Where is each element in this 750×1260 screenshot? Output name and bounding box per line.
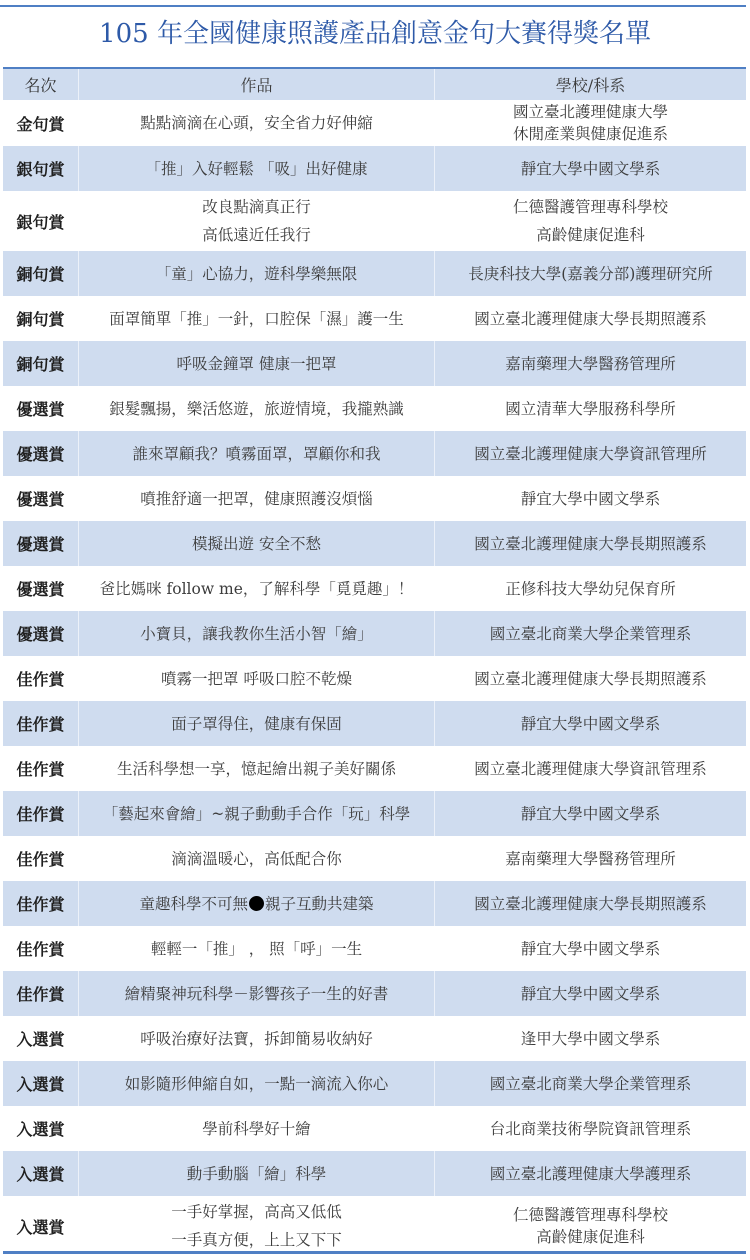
work-cell: 誰來罩顧我？噴霧面罩，罩顧你和我 bbox=[78, 431, 434, 476]
school-line: 靜宜大學中國文學系 bbox=[521, 713, 661, 735]
header-school: 學校/科系 bbox=[434, 69, 746, 100]
rank-cell: 佳作賞 bbox=[3, 971, 78, 1016]
school-cell: 靜宜大學中國文學系 bbox=[434, 146, 746, 191]
work-line: 模擬出遊 安全不愁 bbox=[192, 533, 321, 555]
work-cell: 噴霧一把罩 呼吸口腔不乾燥 bbox=[78, 656, 434, 701]
header-rank: 名次 bbox=[3, 69, 78, 100]
table-row: 銀句賞 「推」入好輕鬆 「吸」出好健康 靜宜大學中國文學系 bbox=[3, 146, 746, 191]
school-line: 國立臺北護理健康大學 bbox=[513, 101, 668, 123]
school-line: 正修科技大學幼兒保育所 bbox=[505, 578, 676, 600]
school-cell: 靜宜大學中國文學系 bbox=[434, 971, 746, 1016]
rank-cell: 入選賞 bbox=[3, 1106, 78, 1151]
awards-table: 名次 作品 學校/科系 金句賞 點點滴滴在心頭，安全省力好伸縮 國立臺北護理健康… bbox=[3, 67, 746, 1256]
school-cell: 靜宜大學中國文學系 bbox=[434, 701, 746, 746]
school-line: 國立臺北護理健康大學長期照護系 bbox=[474, 308, 707, 330]
work-line: 「藝起來會繪」~親子動動手合作「玩」科學 bbox=[103, 803, 411, 825]
table-row: 佳作賞 「藝起來會繪」~親子動動手合作「玩」科學 靜宜大學中國文學系 bbox=[3, 791, 746, 836]
bottom-rule bbox=[3, 1251, 746, 1254]
work-cell: 「童」心協力，遊科學樂無限 bbox=[78, 251, 434, 296]
work-cell: 如影隨形伸縮自如，一點一滴流入你心 bbox=[78, 1061, 434, 1106]
rank-cell: 入選賞 bbox=[3, 1061, 78, 1106]
work-cell: 面子罩得住，健康有保固 bbox=[78, 701, 434, 746]
work-line: 噴推舒適一把罩，健康照護沒煩惱 bbox=[140, 488, 373, 510]
table-row: 優選賞 噴推舒適一把罩，健康照護沒煩惱 靜宜大學中國文學系 bbox=[3, 476, 746, 521]
work-cell: 繪精聚神玩科學－影響孩子一生的好書 bbox=[78, 971, 434, 1016]
table-row: 優選賞 誰來罩顧我？噴霧面罩，罩顧你和我 國立臺北護理健康大學資訊管理所 bbox=[3, 431, 746, 476]
table-row: 優選賞 模擬出遊 安全不愁 國立臺北護理健康大學長期照護系 bbox=[3, 521, 746, 566]
rank-cell: 優選賞 bbox=[3, 476, 78, 521]
school-line: 國立臺北商業大學企業管理系 bbox=[490, 1073, 692, 1095]
school-line: 逢甲大學中國文學系 bbox=[521, 1028, 661, 1050]
table-row: 入選賞 一手好掌握，高高又低低一手真方便，上上又下下 仁德醫護管理專科學校高齡健… bbox=[3, 1196, 746, 1256]
rank-cell: 入選賞 bbox=[3, 1196, 78, 1256]
work-line: 高低遠近任我行 bbox=[202, 221, 311, 249]
rank-cell: 銅句賞 bbox=[3, 341, 78, 386]
school-cell: 國立臺北商業大學企業管理系 bbox=[434, 1061, 746, 1106]
table-row: 佳作賞 滴滴溫暖心，高低配合你 嘉南藥理大學醫務管理所 bbox=[3, 836, 746, 881]
work-cell: 呼吸金鐘罩 健康一把罩 bbox=[78, 341, 434, 386]
table-row: 銅句賞 呼吸金鐘罩 健康一把罩 嘉南藥理大學醫務管理所 bbox=[3, 341, 746, 386]
rank-cell: 優選賞 bbox=[3, 611, 78, 656]
rank-cell: 佳作賞 bbox=[3, 701, 78, 746]
work-line: 動手動腦「繪」科學 bbox=[187, 1163, 327, 1185]
table-row: 佳作賞 面子罩得住，健康有保固 靜宜大學中國文學系 bbox=[3, 701, 746, 746]
work-line: 輕輕一「推」 ， 照「呼」一生 bbox=[151, 938, 362, 960]
work-text-pre: 童趣科學不可無 bbox=[139, 895, 248, 913]
rank-cell: 優選賞 bbox=[3, 431, 78, 476]
school-line: 嘉南藥理大學醫務管理所 bbox=[505, 353, 676, 375]
work-line: 小寶貝，讓我教你生活小智「繪」 bbox=[140, 623, 373, 645]
page-title: 105 年全國健康照護產品創意金句大賽得獎名單 bbox=[0, 14, 750, 54]
work-line: 呼吸治療好法寶，拆卸簡易收納好 bbox=[140, 1028, 373, 1050]
school-line: 仁德醫護管理專科學校 bbox=[513, 1204, 668, 1226]
rank-cell: 銀句賞 bbox=[3, 146, 78, 191]
header-work: 作品 bbox=[78, 69, 434, 100]
school-cell: 國立臺北護理健康大學護理系 bbox=[434, 1151, 746, 1196]
school-line: 靜宜大學中國文學系 bbox=[521, 158, 661, 180]
work-cell: 爸比媽咪 follow me，了解科學「覓覓趣」！ bbox=[78, 566, 434, 611]
school-cell: 國立臺北護理健康大學長期照護系 bbox=[434, 296, 746, 341]
school-line: 靜宜大學中國文學系 bbox=[521, 938, 661, 960]
work-text-post: 親子互動共建築 bbox=[265, 895, 374, 913]
school-cell: 嘉南藥理大學醫務管理所 bbox=[434, 341, 746, 386]
black-circle-icon bbox=[249, 896, 264, 911]
rank-cell: 佳作賞 bbox=[3, 656, 78, 701]
school-line: 仁德醫護管理專科學校 bbox=[513, 193, 668, 221]
school-cell: 靜宜大學中國文學系 bbox=[434, 791, 746, 836]
school-cell: 國立臺北護理健康大學資訊管理系 bbox=[434, 746, 746, 791]
school-line: 休閒產業與健康促進系 bbox=[513, 123, 668, 145]
school-line: 國立臺北護理健康大學護理系 bbox=[490, 1163, 692, 1185]
table-row: 佳作賞 輕輕一「推」 ， 照「呼」一生 靜宜大學中國文學系 bbox=[3, 926, 746, 971]
school-line: 國立臺北護理健康大學長期照護系 bbox=[474, 893, 707, 915]
work-cell: 面罩簡單「推」一針，口腔保「濕」護一生 bbox=[78, 296, 434, 341]
work-line: 面罩簡單「推」一針，口腔保「濕」護一生 bbox=[109, 308, 404, 330]
school-line: 靜宜大學中國文學系 bbox=[521, 803, 661, 825]
school-cell: 正修科技大學幼兒保育所 bbox=[434, 566, 746, 611]
table-row: 優選賞 爸比媽咪 follow me，了解科學「覓覓趣」！ 正修科技大學幼兒保育… bbox=[3, 566, 746, 611]
table-header: 名次 作品 學校/科系 bbox=[3, 69, 746, 100]
school-cell: 國立臺北護理健康大學資訊管理所 bbox=[434, 431, 746, 476]
table-row: 銀句賞 改良點滴真正行高低遠近任我行 仁德醫護管理專科學校高齡健康促進科 bbox=[3, 191, 746, 251]
work-cell: 呼吸治療好法寶，拆卸簡易收納好 bbox=[78, 1016, 434, 1061]
work-cell: 輕輕一「推」 ， 照「呼」一生 bbox=[78, 926, 434, 971]
work-line: 童趣科學不可無親子互動共建築 bbox=[139, 893, 373, 915]
work-line: 繪精聚神玩科學－影響孩子一生的好書 bbox=[125, 983, 389, 1005]
rank-cell: 佳作賞 bbox=[3, 791, 78, 836]
school-cell: 逢甲大學中國文學系 bbox=[434, 1016, 746, 1061]
table-row: 入選賞 呼吸治療好法寶，拆卸簡易收納好 逢甲大學中國文學系 bbox=[3, 1016, 746, 1061]
rank-cell: 佳作賞 bbox=[3, 926, 78, 971]
work-line: 滴滴溫暖心，高低配合你 bbox=[171, 848, 342, 870]
school-cell: 國立臺北護理健康大學長期照護系 bbox=[434, 656, 746, 701]
work-line: 學前科學好十繪 bbox=[202, 1118, 311, 1140]
table-row: 優選賞 小寶貝，讓我教你生活小智「繪」 國立臺北商業大學企業管理系 bbox=[3, 611, 746, 656]
work-cell: 銀髮飄揚，樂活悠遊，旅遊情境，我攏熟識 bbox=[78, 386, 434, 431]
rank-cell: 佳作賞 bbox=[3, 836, 78, 881]
school-cell: 國立臺北商業大學企業管理系 bbox=[434, 611, 746, 656]
work-line: 「童」心協力，遊科學樂無限 bbox=[156, 263, 358, 285]
school-line: 國立臺北商業大學企業管理系 bbox=[490, 623, 692, 645]
school-line: 台北商業技術學院資訊管理系 bbox=[490, 1118, 692, 1140]
school-line: 靜宜大學中國文學系 bbox=[521, 983, 661, 1005]
school-line: 長庚科技大學(嘉義分部)護理研究所 bbox=[468, 263, 713, 285]
rank-cell: 銀句賞 bbox=[3, 191, 78, 251]
school-line: 高齡健康促進科 bbox=[536, 1226, 645, 1248]
school-cell: 仁德醫護管理專科學校高齡健康促進科 bbox=[434, 1196, 746, 1256]
table-row: 佳作賞 噴霧一把罩 呼吸口腔不乾燥 國立臺北護理健康大學長期照護系 bbox=[3, 656, 746, 701]
rank-cell: 優選賞 bbox=[3, 386, 78, 431]
school-line: 國立臺北護理健康大學長期照護系 bbox=[474, 533, 707, 555]
work-line: 誰來罩顧我？噴霧面罩，罩顧你和我 bbox=[132, 443, 380, 465]
work-cell: 小寶貝，讓我教你生活小智「繪」 bbox=[78, 611, 434, 656]
rank-cell: 銅句賞 bbox=[3, 251, 78, 296]
work-line: 一手好掌握，高高又低低 bbox=[171, 1198, 342, 1226]
school-line: 高齡健康促進科 bbox=[536, 221, 645, 249]
school-cell: 國立臺北護理健康大學長期照護系 bbox=[434, 521, 746, 566]
table-row: 銅句賞 「童」心協力，遊科學樂無限 長庚科技大學(嘉義分部)護理研究所 bbox=[3, 251, 746, 296]
school-line: 國立臺北護理健康大學資訊管理系 bbox=[474, 758, 707, 780]
work-cell: 學前科學好十繪 bbox=[78, 1106, 434, 1151]
work-line: 噴霧一把罩 呼吸口腔不乾燥 bbox=[161, 668, 352, 690]
work-cell: 動手動腦「繪」科學 bbox=[78, 1151, 434, 1196]
work-line: 生活科學想一享，憶起繪出親子美好關係 bbox=[117, 758, 396, 780]
rank-cell: 入選賞 bbox=[3, 1151, 78, 1196]
work-line: 改良點滴真正行 bbox=[202, 193, 311, 221]
school-line: 嘉南藥理大學醫務管理所 bbox=[505, 848, 676, 870]
school-cell: 國立清華大學服務科學所 bbox=[434, 386, 746, 431]
work-line: 呼吸金鐘罩 健康一把罩 bbox=[177, 353, 337, 375]
work-cell: 改良點滴真正行高低遠近任我行 bbox=[78, 191, 434, 251]
table-row: 入選賞 動手動腦「繪」科學 國立臺北護理健康大學護理系 bbox=[3, 1151, 746, 1196]
rank-cell: 佳作賞 bbox=[3, 881, 78, 926]
work-line: 如影隨形伸縮自如，一點一滴流入你心 bbox=[125, 1073, 389, 1095]
school-cell: 靜宜大學中國文學系 bbox=[434, 476, 746, 521]
work-cell: 童趣科學不可無親子互動共建築 bbox=[78, 881, 434, 926]
school-cell: 嘉南藥理大學醫務管理所 bbox=[434, 836, 746, 881]
school-line: 國立清華大學服務科學所 bbox=[505, 398, 676, 420]
school-cell: 仁德醫護管理專科學校高齡健康促進科 bbox=[434, 191, 746, 251]
rank-cell: 優選賞 bbox=[3, 566, 78, 611]
work-line: 銀髮飄揚，樂活悠遊，旅遊情境，我攏熟識 bbox=[109, 398, 404, 420]
work-line: 面子罩得住，健康有保固 bbox=[171, 713, 342, 735]
rank-cell: 佳作賞 bbox=[3, 746, 78, 791]
table-row: 銅句賞 面罩簡單「推」一針，口腔保「濕」護一生 國立臺北護理健康大學長期照護系 bbox=[3, 296, 746, 341]
table-row: 佳作賞 繪精聚神玩科學－影響孩子一生的好書 靜宜大學中國文學系 bbox=[3, 971, 746, 1016]
work-line: 爸比媽咪 follow me，了解科學「覓覓趣」！ bbox=[100, 578, 414, 600]
school-cell: 台北商業技術學院資訊管理系 bbox=[434, 1106, 746, 1151]
work-cell: 「推」入好輕鬆 「吸」出好健康 bbox=[78, 146, 434, 191]
work-cell: 一手好掌握，高高又低低一手真方便，上上又下下 bbox=[78, 1196, 434, 1256]
work-line: 一手真方便，上上又下下 bbox=[171, 1226, 342, 1254]
school-cell: 國立臺北護理健康大學休閒產業與健康促進系 bbox=[434, 100, 746, 146]
work-cell: 生活科學想一享，憶起繪出親子美好關係 bbox=[78, 746, 434, 791]
table-row: 優選賞 銀髮飄揚，樂活悠遊，旅遊情境，我攏熟識 國立清華大學服務科學所 bbox=[3, 386, 746, 431]
table-row: 佳作賞 童趣科學不可無親子互動共建築 國立臺北護理健康大學長期照護系 bbox=[3, 881, 746, 926]
work-line: 「推」入好輕鬆 「吸」出好健康 bbox=[146, 158, 368, 180]
work-cell: 「藝起來會繪」~親子動動手合作「玩」科學 bbox=[78, 791, 434, 836]
table-row: 入選賞 學前科學好十繪 台北商業技術學院資訊管理系 bbox=[3, 1106, 746, 1151]
table-row: 入選賞 如影隨形伸縮自如，一點一滴流入你心 國立臺北商業大學企業管理系 bbox=[3, 1061, 746, 1106]
work-cell: 模擬出遊 安全不愁 bbox=[78, 521, 434, 566]
work-cell: 噴推舒適一把罩，健康照護沒煩惱 bbox=[78, 476, 434, 521]
rank-cell: 銅句賞 bbox=[3, 296, 78, 341]
work-line: 點點滴滴在心頭，安全省力好伸縮 bbox=[140, 112, 373, 134]
top-rule bbox=[0, 5, 746, 7]
school-cell: 靜宜大學中國文學系 bbox=[434, 926, 746, 971]
rank-cell: 優選賞 bbox=[3, 521, 78, 566]
table-row: 金句賞 點點滴滴在心頭，安全省力好伸縮 國立臺北護理健康大學休閒產業與健康促進系 bbox=[3, 100, 746, 146]
table-row: 佳作賞 生活科學想一享，憶起繪出親子美好關係 國立臺北護理健康大學資訊管理系 bbox=[3, 746, 746, 791]
rank-cell: 入選賞 bbox=[3, 1016, 78, 1061]
school-line: 國立臺北護理健康大學資訊管理所 bbox=[474, 443, 707, 465]
rank-cell: 金句賞 bbox=[3, 100, 78, 146]
work-cell: 點點滴滴在心頭，安全省力好伸縮 bbox=[78, 100, 434, 146]
school-line: 國立臺北護理健康大學長期照護系 bbox=[474, 668, 707, 690]
school-cell: 國立臺北護理健康大學長期照護系 bbox=[434, 881, 746, 926]
school-cell: 長庚科技大學(嘉義分部)護理研究所 bbox=[434, 251, 746, 296]
school-line: 靜宜大學中國文學系 bbox=[521, 488, 661, 510]
work-cell: 滴滴溫暖心，高低配合你 bbox=[78, 836, 434, 881]
